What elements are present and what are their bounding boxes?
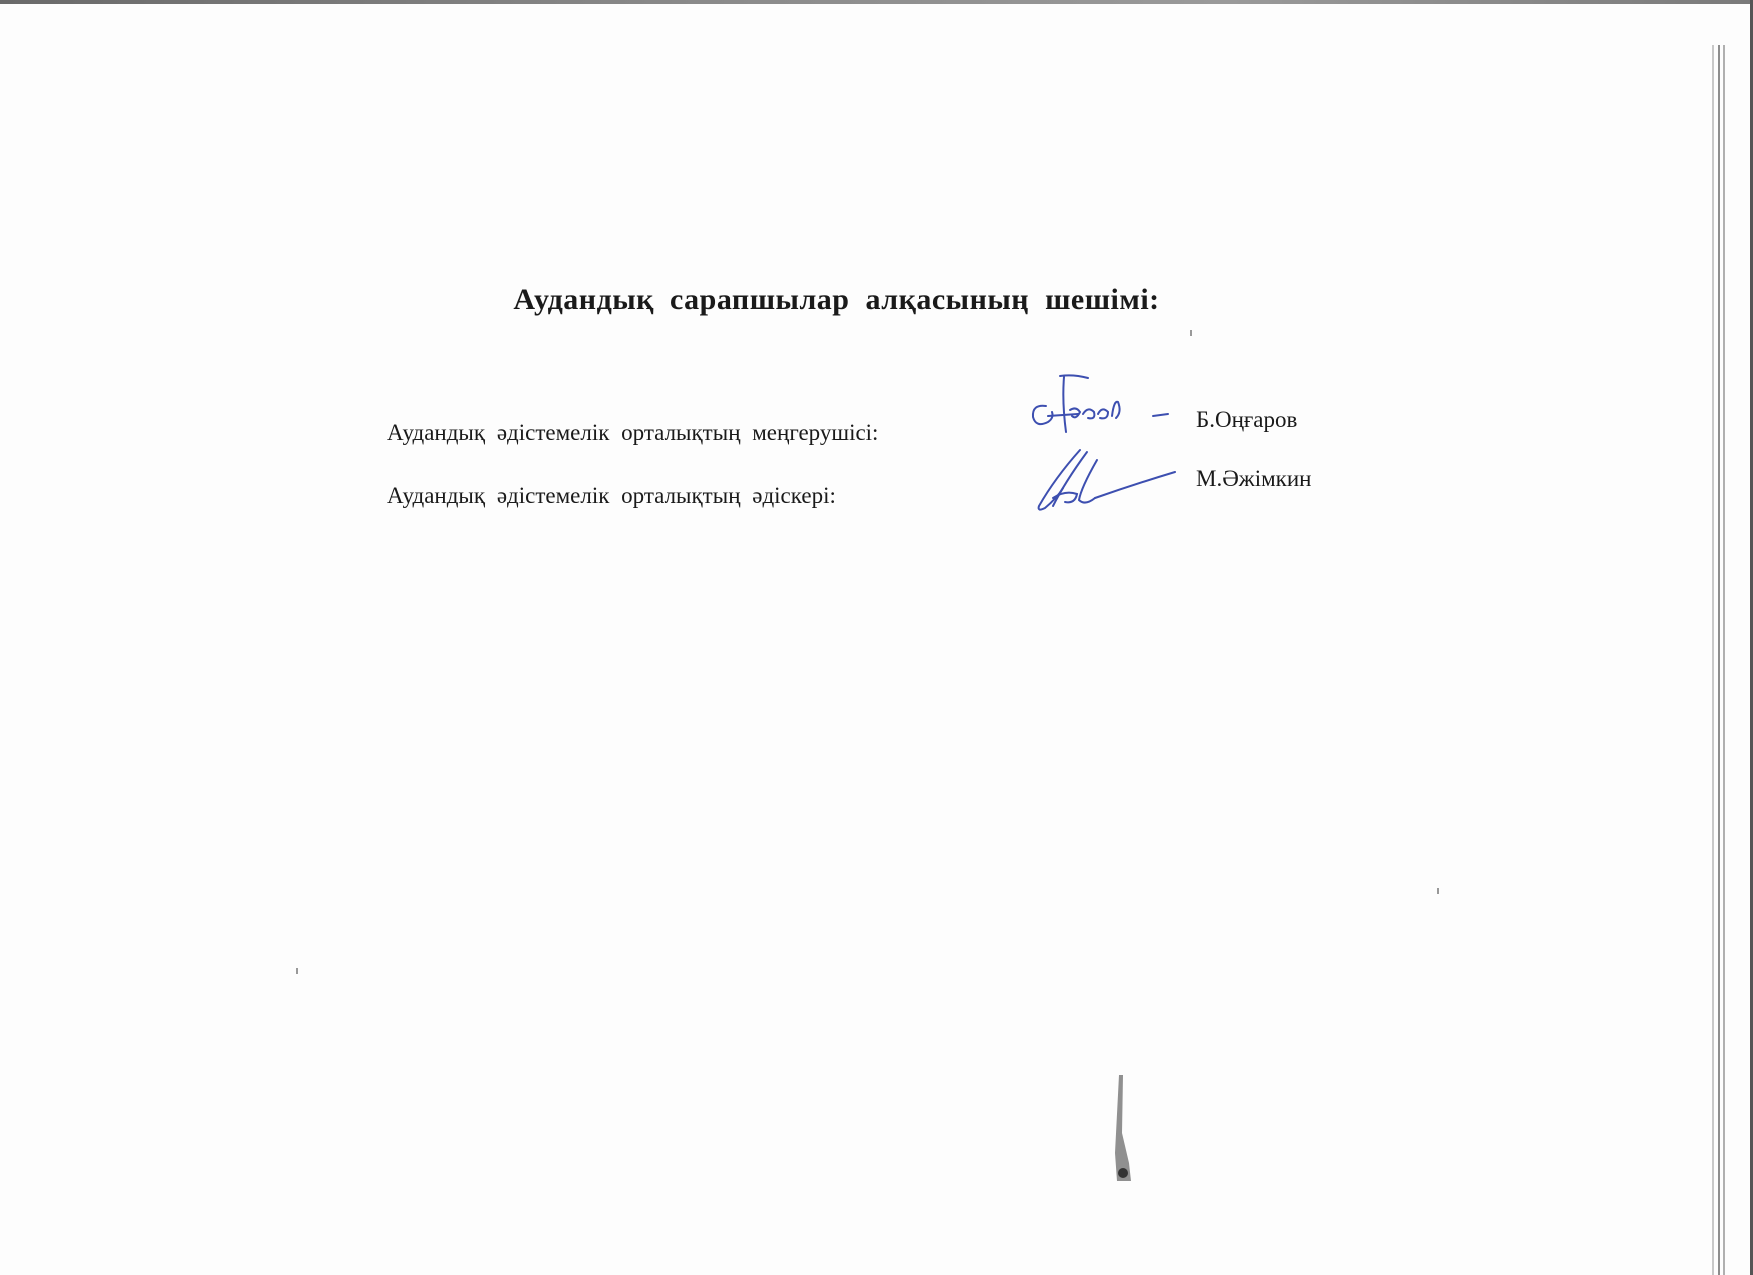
scan-speck [296,968,298,974]
signatory-name-2: М.Әжімкин [1196,466,1311,492]
scan-speck [1437,888,1439,894]
scan-top-edge [0,0,1753,4]
scan-speck [1190,330,1192,336]
document-title: Аудандық сарапшылар алқасының шешімі: [0,283,1753,317]
signatory-position-2: Аудандық әдістемелік орталықтың әдіскері… [387,483,836,509]
scan-page-edge [1712,45,1714,1275]
signatory-name-1: Б.Оңғаров [1196,407,1297,433]
signatory-position-1: Аудандық әдістемелік орталықтың меңгеруш… [387,420,878,446]
scan-page-edge [1723,45,1725,1275]
scan-page-edge [1718,45,1720,1275]
signature-icon [1028,372,1193,447]
signature-icon [1035,448,1195,518]
scan-smudge-mark [1105,1073,1145,1188]
